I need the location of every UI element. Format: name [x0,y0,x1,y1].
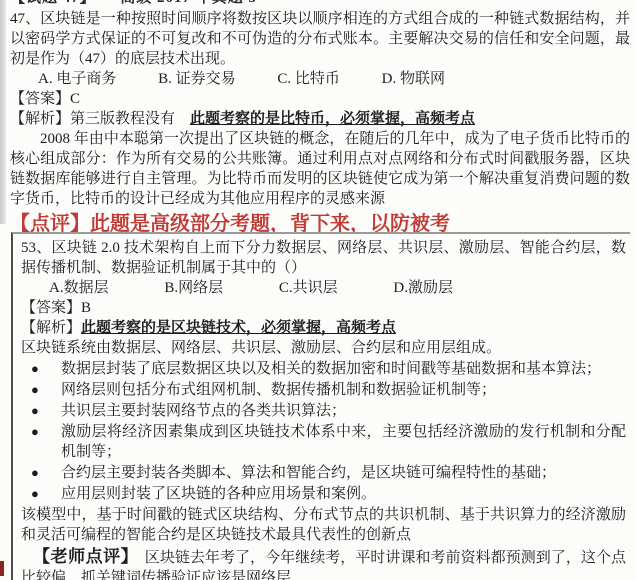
bullet-icon: ● [21,484,61,504]
q53-option-c: C.共识层 [279,278,338,298]
question-53-box: 53、区块链 2.0 技术架构自上而下分力数据层、网络层、共识层、激励层、智能合… [11,232,630,580]
question-47-answer-line: 【答案】C [10,89,630,109]
analysis-label: 【解析】 [10,111,70,127]
teacher-comment-label: 【老师点评】 [33,547,130,566]
document-page: 【试题 47】 高级 2017 年真题 5 47、区块链是一种按照时间顺序将数按… [0,0,636,580]
question-53-intro: 区块链系统由数据层、网络层、共识层、激励层、合约层和应用层组成。 [21,338,626,358]
bullet-text-application-layer: 应用层则封装了区块链的各种应用场景和案例。 [61,484,626,504]
answer-label: 【答案】 [21,300,81,316]
answer-value: B [81,300,91,316]
q47-option-b: B. 证券交易 [158,69,236,89]
red-margin-mark [0,561,4,576]
document-content: 【试题 47】 高级 2017 年真题 5 47、区块链是一种按照时间顺序将数按… [0,0,636,580]
analysis-label: 【解析】 [21,320,81,336]
q47-option-c: C. 比特币 [277,69,340,89]
bullet-text-consensus-layer: 共识层主要封装网络节点的各类共识算法； [61,401,626,421]
teacher-comment-paragraph: 【老师点评】 区块链去年考了，今年继续考，平时讲课和考前资料都预测到了，这个点比… [21,547,626,580]
q53-option-a: A.数据层 [49,278,109,298]
bullet-icon: ● [21,463,61,483]
layer-bullet-item: ● 合约层主要封装各类脚本、算法和智能合约，是区块链可编程特性的基础； [21,463,626,483]
layer-bullet-item: ● 共识层主要封装网络节点的各类共识算法； [21,401,626,421]
q53-option-b: B.网络层 [164,278,223,298]
layer-bullet-item: ● 激励层将经济因素集成到区块链技术体系中来，主要包括经济激励的发行机制和分配机… [21,422,626,462]
question-53-analysis-line: 【解析】此题考察的是区块链技术，必须掌握，高频考点 [21,318,626,338]
bullet-icon: ● [21,359,61,379]
question-47-analysis-line: 【解析】第三版教程没有 此题考察的是比特币，必须掌握，高频考点 [10,109,630,129]
question-53-stem: 53、区块链 2.0 技术架构自上而下分力数据层、网络层、共识层、激励层、智能合… [21,238,626,278]
question-47-header-text: 【试题 47】 高级 2017 年真题 5 [10,0,630,8]
bullet-text-network-layer: 网络层则包括分布式组网机制、数据传播机制和数据验证机制等； [61,380,626,400]
answer-label: 【答案】 [10,91,70,107]
question-47-background-paragraph: 2008 年由中本聪第一次提出了区块链的概念，在随后的几年中，成为了电子货币比特… [10,129,630,209]
answer-value: C [70,91,80,107]
layer-bullet-item: ● 应用层则封装了区块链的各种应用场景和案例。 [21,484,626,504]
red-comment-line: 【点评】此题是高级部分考题，背下来，以防被考 [10,211,630,232]
q47-option-a: A. 电子商务 [38,69,116,89]
analysis-highlight: 此题考察的是区块链技术，必须掌握，高频考点 [81,320,396,336]
question-53-answer-line: 【答案】B [21,298,626,318]
layer-bullet-item: ● 网络层则包括分布式组网机制、数据传播机制和数据验证机制等； [21,380,626,400]
bullet-text-contract-layer: 合约层主要封装各类脚本、算法和智能合约，是区块链可编程特性的基础； [61,463,626,483]
q53-option-d: D.激励层 [393,278,453,298]
question-53-options: A.数据层 B.网络层 C.共识层 D.激励层 [21,278,626,298]
bullet-icon: ● [21,380,61,400]
question-47-stem: 47、区块链是一种按照时间顺序将数按区块以顺序相连的方式组合成的一种链式数据结构… [10,9,630,69]
bullet-text-incentive-layer: 激励层将经济因素集成到区块链技术体系中来，主要包括经济激励的发行机制和分配机制等… [61,422,626,462]
analysis-prefix: 第三版教程没有 [70,111,190,127]
question-53-summary: 该模型中，基于时间戳的链式区块结构、分布式节点的共识机制、基于共识算力的经济激励… [21,505,626,545]
q47-option-d: D. 物联网 [382,69,445,89]
analysis-highlight: 此题考察的是比特币，必须掌握，高频考点 [190,111,475,127]
bullet-icon: ● [21,422,61,462]
question-47-options: A. 电子商务 B. 证券交易 C. 比特币 D. 物联网 [10,69,630,89]
bullet-text-data-layer: 数据层封装了底层数据区块以及相关的数据加密和时间戳等基础数据和基本算法； [61,359,626,379]
bullet-icon: ● [21,401,61,421]
clipped-question-header: 【试题 47】 高级 2017 年真题 5 [10,0,630,9]
layer-bullet-item: ● 数据层封装了底层数据区块以及相关的数据加密和时间戳等基础数据和基本算法； [21,359,626,379]
